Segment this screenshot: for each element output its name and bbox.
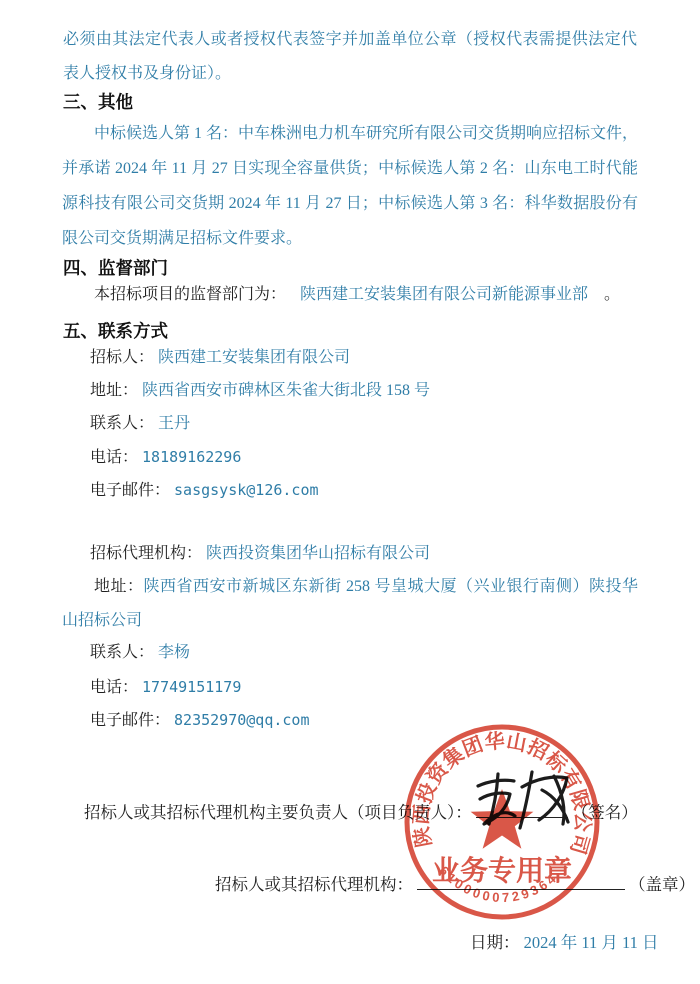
agency-address: 陕西省西安市新城区东新街 258 号皇城大厦（兴业银行南侧）陕投华山招标公司 (62, 578, 638, 629)
date-line: 日期： 2024 年 11 月 11 日 (470, 926, 659, 960)
agency-person-label: 联系人： (90, 644, 154, 661)
agency-phone-label: 电话： (90, 679, 138, 696)
tenderer-email-line: 电子邮件： sasgsysk@126.com (90, 473, 319, 508)
stamp-star-icon (471, 789, 534, 849)
tenderer-person-line: 联系人： 王丹 (90, 407, 190, 441)
date-value: 2024 年 11 月 11 日 (524, 933, 659, 952)
agency-name-line: 招标代理机构： 陕西投资集团华山招标有限公司 (90, 537, 430, 571)
tenderer-email-label: 电子邮件： (90, 482, 170, 499)
supervision-line: 本招标项目的监督部门为： 陕西建工安装集团有限公司新能源事业部 。 (62, 278, 620, 312)
agency-address-line: 地址：陕西省西安市新城区东新街 258 号皇城大厦（兴业银行南侧）陕投华山招标公… (62, 570, 638, 638)
other-section-body: 中标候选人第 1 名：中车株洲电力机车研究所有限公司交货期响应招标文件，并承诺 … (62, 116, 638, 256)
intro-paragraph: 必须由其法定代表人或者授权代表签字并加盖单位公章（授权代表需提供法定代表人授权书… (63, 23, 637, 91)
agency-address-label: 地址： (94, 578, 144, 595)
org-label: 招标人或其招标代理机构： (215, 875, 413, 894)
tenderer-phone-label: 电话： (90, 449, 138, 466)
tenderer-person-label: 联系人： (90, 415, 154, 432)
tenderer-phone: 18189162296 (142, 448, 241, 466)
org-suffix: （盖章） (629, 875, 695, 894)
agency-person: 李杨 (158, 644, 190, 661)
document-page: 必须由其法定代表人或者授权代表签字并加盖单位公章（授权代表需提供法定代表人授权书… (0, 0, 700, 984)
tenderer-name: 陕西建工安装集团有限公司 (158, 349, 350, 366)
agency-phone-line: 电话： 17749151179 (90, 670, 241, 705)
tenderer-address-label: 地址： (90, 382, 138, 399)
agency-email: 82352970@qq.com (174, 711, 309, 729)
supervision-label: 本招标项目的监督部门为： (94, 286, 286, 303)
agency-email-line: 电子邮件： 82352970@qq.com (90, 703, 309, 738)
tenderer-address-line: 地址： 陕西省西安市碑林区朱雀大街北段 158 号 (90, 374, 430, 408)
tenderer-address: 陕西省西安市碑林区朱雀大街北段 158 号 (142, 382, 430, 399)
agency-name: 陕西投资集团华山招标有限公司 (206, 545, 430, 562)
supervision-department: 陕西建工安装集团有限公司新能源事业部 (300, 286, 588, 303)
tenderer-name-line: 招标人： 陕西建工安装集团有限公司 (90, 341, 350, 375)
agency-phone: 17749151179 (142, 678, 241, 696)
supervision-period: 。 (604, 286, 620, 303)
tenderer-person: 王丹 (158, 415, 190, 432)
agency-name-label: 招标代理机构： (90, 545, 202, 562)
section-heading-other: 三、其他 (63, 85, 133, 119)
date-label: 日期： (470, 933, 520, 952)
tenderer-email: sasgsysk@126.com (174, 481, 319, 499)
agency-person-line: 联系人： 李杨 (90, 636, 190, 670)
tenderer-phone-line: 电话： 18189162296 (90, 440, 241, 475)
company-stamp: 陕西投资集团华山招标有限公司 业务专用章 6100000729364 (402, 722, 602, 922)
agency-email-label: 电子邮件： (90, 712, 170, 729)
tenderer-name-label: 招标人： (90, 349, 154, 366)
